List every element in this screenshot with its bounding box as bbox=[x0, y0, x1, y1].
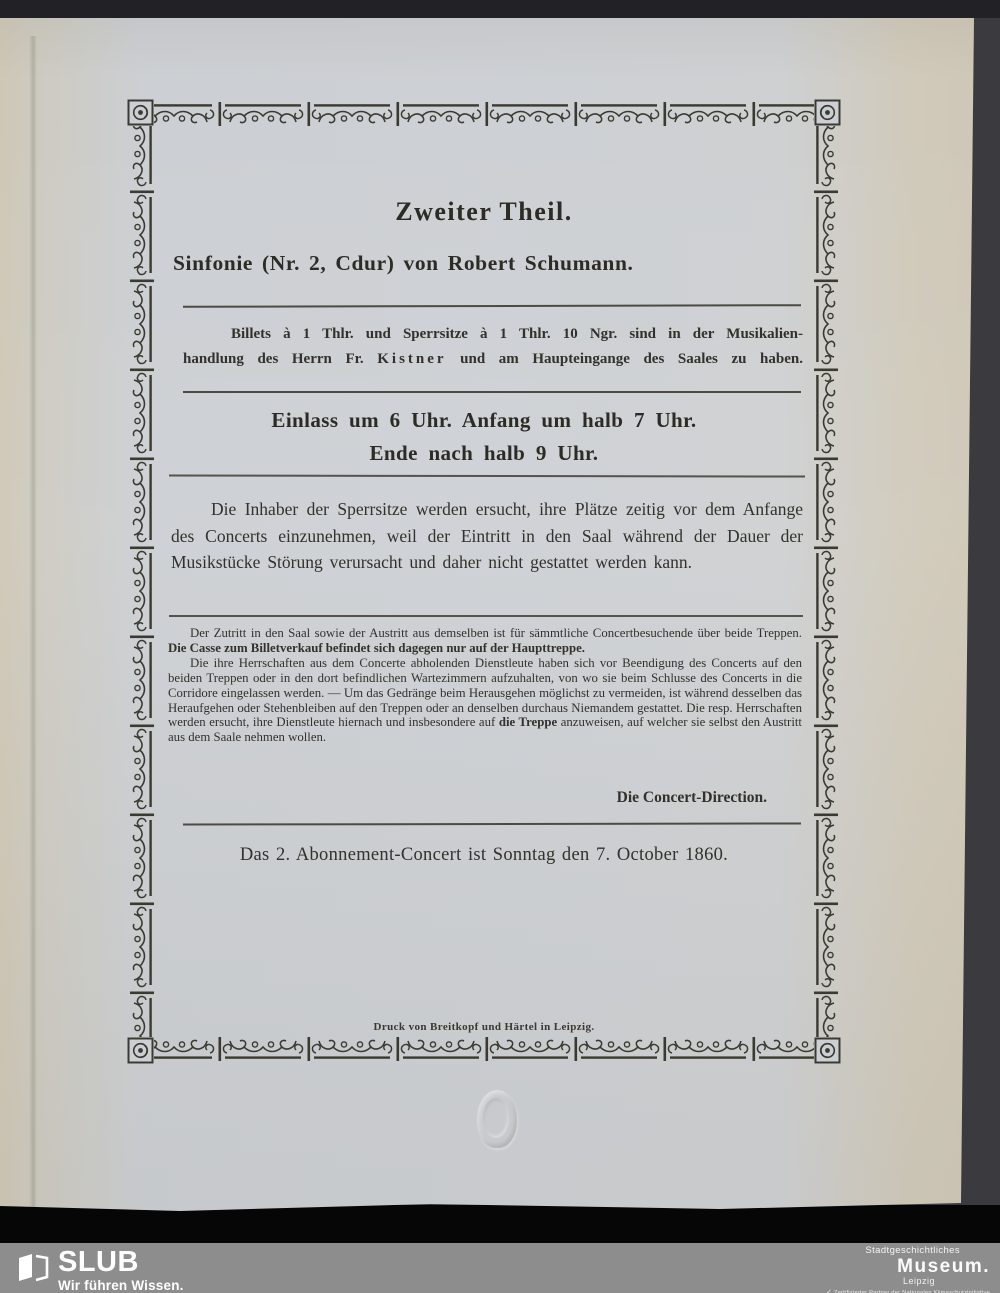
slub-tagline: Wir führen Wissen. bbox=[58, 1278, 184, 1293]
scan-background-top bbox=[0, 0, 1000, 18]
text-run: Der Zutritt in den Saal sowie der Austri… bbox=[190, 626, 802, 640]
scan-background-bottom bbox=[0, 1205, 1000, 1243]
seat-holders-notice: Die Inhaber der Sperrsitze werden ersuch… bbox=[171, 496, 803, 576]
museum-certification: ✓ Zertifizierter Partner der Nationalen … bbox=[826, 1289, 990, 1293]
regulations-paragraph-1: Der Zutritt in den Saal sowie der Austri… bbox=[168, 626, 802, 656]
next-concert-announcement: Das 2. Abonnement-Concert ist Sonntag de… bbox=[129, 845, 839, 866]
museum-org-line: Stadtgeschichtliches bbox=[826, 1246, 990, 1256]
seller-name: Kistner bbox=[377, 351, 446, 367]
ticket-notice: Billets à 1 Thlr. und Sperrsitze à 1 Thl… bbox=[183, 322, 803, 372]
ticket-notice-line-2: handlung des Herrn Fr. Kistner und am Ha… bbox=[183, 347, 803, 372]
viewer-footer-bar: SLUB Wir führen Wissen. Stadtgeschichtli… bbox=[0, 1243, 1000, 1293]
work-title: Sinfonie (Nr. 2, Cdur) von Robert Schuma… bbox=[173, 251, 634, 276]
divider-rule bbox=[169, 615, 803, 617]
divider-rule bbox=[183, 304, 801, 308]
embossed-seal bbox=[477, 1090, 517, 1148]
museum-city: Leipzig bbox=[826, 1277, 990, 1286]
printer-imprint: Druck von Breitkopf und Härtel in Leipzi… bbox=[129, 1021, 839, 1033]
divider-rule bbox=[183, 822, 801, 825]
certification-text: Zertifizierter Partner der Nationalen Kl… bbox=[834, 1290, 990, 1293]
house-regulations: Der Zutritt in den Saal sowie der Austri… bbox=[168, 626, 802, 745]
divider-rule bbox=[169, 474, 805, 477]
bold-emphasis: die Treppe bbox=[499, 715, 557, 729]
museum-name: Museum. bbox=[826, 1257, 990, 1276]
museum-logo[interactable]: Stadtgeschichtliches Museum. Leipzig ✓ Z… bbox=[826, 1246, 990, 1293]
signature-concert-direction: Die Concert-Direction. bbox=[168, 789, 802, 807]
slub-wordmark: SLUB Wir führen Wissen. bbox=[58, 1247, 184, 1293]
slub-book-icon bbox=[15, 1250, 51, 1284]
ticket-notice-line-1: Billets à 1 Thlr. und Sperrsitze à 1 Thl… bbox=[183, 322, 803, 347]
page-fold-shadow bbox=[29, 36, 37, 1226]
part-title: Zweiter Theil. bbox=[129, 197, 839, 227]
ornamental-border-frame: Zweiter Theil. Sinfonie (Nr. 2, Cdur) vo… bbox=[129, 101, 839, 1062]
text-run: und am Haupteingange des Saales zu haben… bbox=[447, 351, 803, 367]
admission-times-line-1: Einlass um 6 Uhr. Anfang um halb 7 Uhr. bbox=[129, 404, 839, 437]
divider-rule bbox=[183, 391, 801, 393]
bold-emphasis: Die Casse zum Billetverkauf befindet sic… bbox=[168, 641, 585, 655]
checkmark-icon: ✓ bbox=[826, 1289, 832, 1293]
program-content: Zweiter Theil. Sinfonie (Nr. 2, Cdur) vo… bbox=[129, 101, 839, 1062]
slub-name: SLUB bbox=[58, 1247, 184, 1277]
text-run: handlung des Herrn Fr. bbox=[183, 351, 377, 367]
admission-times-line-2: Ende nach halb 9 Uhr. bbox=[129, 437, 839, 470]
regulations-paragraph-2: Die ihre Herrschaften aus dem Concerte a… bbox=[168, 656, 802, 745]
slub-logo[interactable]: SLUB Wir führen Wissen. bbox=[15, 1247, 184, 1293]
admission-times: Einlass um 6 Uhr. Anfang um halb 7 Uhr. … bbox=[129, 404, 839, 470]
